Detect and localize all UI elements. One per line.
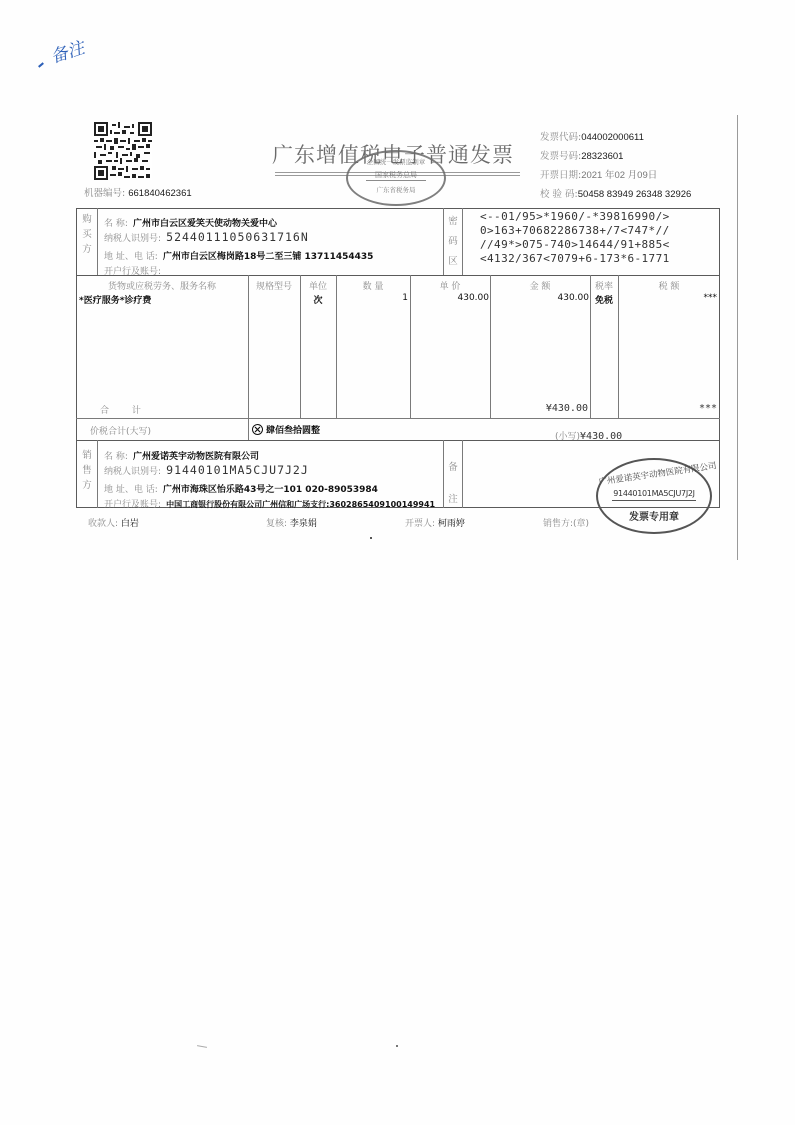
seller-stamp-label: 销售方:(章) [543,516,589,529]
machine-number: 机器编号: 661840462361 [84,185,192,199]
divider [97,208,98,275]
page-edge-line [737,115,738,560]
col-header-tax-rate: 税率 [590,279,618,292]
cipher-section-label: 密码区 [446,212,460,272]
grand-total-uppercase: 肆佰叁拾圆整 [252,423,320,436]
qr-code [94,122,152,180]
item-price: 430.00 [410,293,489,303]
item-tax: *** [618,293,717,303]
issuer: 开票人: 柯雨婷 [405,516,465,529]
divider [462,208,463,275]
invoice-number: 发票号码:28323601 [540,148,623,162]
reviewer: 复核: 李泉娟 [266,516,317,529]
grand-total-label: 价税合计(大写) [90,424,151,437]
remark-label: 备注 [446,452,460,516]
payee: 收款人: 白岩 [88,516,139,529]
item-tax-rate: 免税 [590,293,618,306]
total-tax: *** [618,403,717,414]
seller-invoice-seal: 广州爱诺英宇动物医院有限公司 91440101MA5CJU7J2J 发票专用章 [596,458,712,534]
col-header-unit: 单位 [300,279,336,292]
col-header-tax: 税 额 [618,279,720,292]
divider [76,418,720,419]
buyer-tax-id-row: 纳税人识别号: 52440111050631716N [104,226,309,245]
scan-speck [197,1045,207,1048]
issue-date: 开票日期:2021 年02 月09日 [540,167,657,181]
item-unit: 次 [300,293,336,306]
col-header-spec: 规格型号 [248,279,300,292]
buyer-bank-row: 开户行及账号: [104,259,161,278]
col-header-qty: 数 量 [336,279,410,292]
invoice-code: 发票代码:044002000611 [540,129,644,143]
buyer-section-label: 购买方 [80,212,94,257]
item-qty: 1 [336,293,408,303]
seller-tax-id-row: 纳税人识别号: 91440101MA5CJU7J2J [104,459,309,478]
divider [76,440,720,441]
total-amount: ¥430.00 [490,403,588,414]
divider [76,275,720,276]
cipher-text: <--01/95>*1960/-*39816990/> 0>163+706822… [480,210,670,266]
divider [97,440,98,508]
divider [248,275,249,440]
scan-speck [370,537,372,539]
divider [462,440,463,508]
divider [443,208,444,275]
pen-mark [38,62,44,67]
handwritten-note: 备注 [47,33,87,67]
divider [443,440,444,508]
scan-speck [396,1045,398,1047]
item-amount: 430.00 [490,293,589,303]
col-header-amount: 金 额 [490,279,590,292]
seller-bank-row: 开户行及账号: 中国工商银行股份有限公司广州信和广场支行:36028654091… [104,492,435,511]
col-header-price: 单 价 [410,279,490,292]
seller-section-label: 销售方 [80,448,94,493]
tax-bureau-stamp: 全国统一发票监制章 国家税务总局 广东省税务局 [346,150,446,206]
check-code: 校 验 码:50458 83949 26348 32926 [540,186,691,200]
item-name: *医疗服务*诊疗费 [79,293,151,306]
grand-total-lowercase: (小写)¥430.00 [555,424,622,443]
col-header-name: 货物或应税劳务、服务名称 [76,279,248,292]
circled-x-icon [252,424,263,435]
total-label: 合 计 [100,403,180,416]
